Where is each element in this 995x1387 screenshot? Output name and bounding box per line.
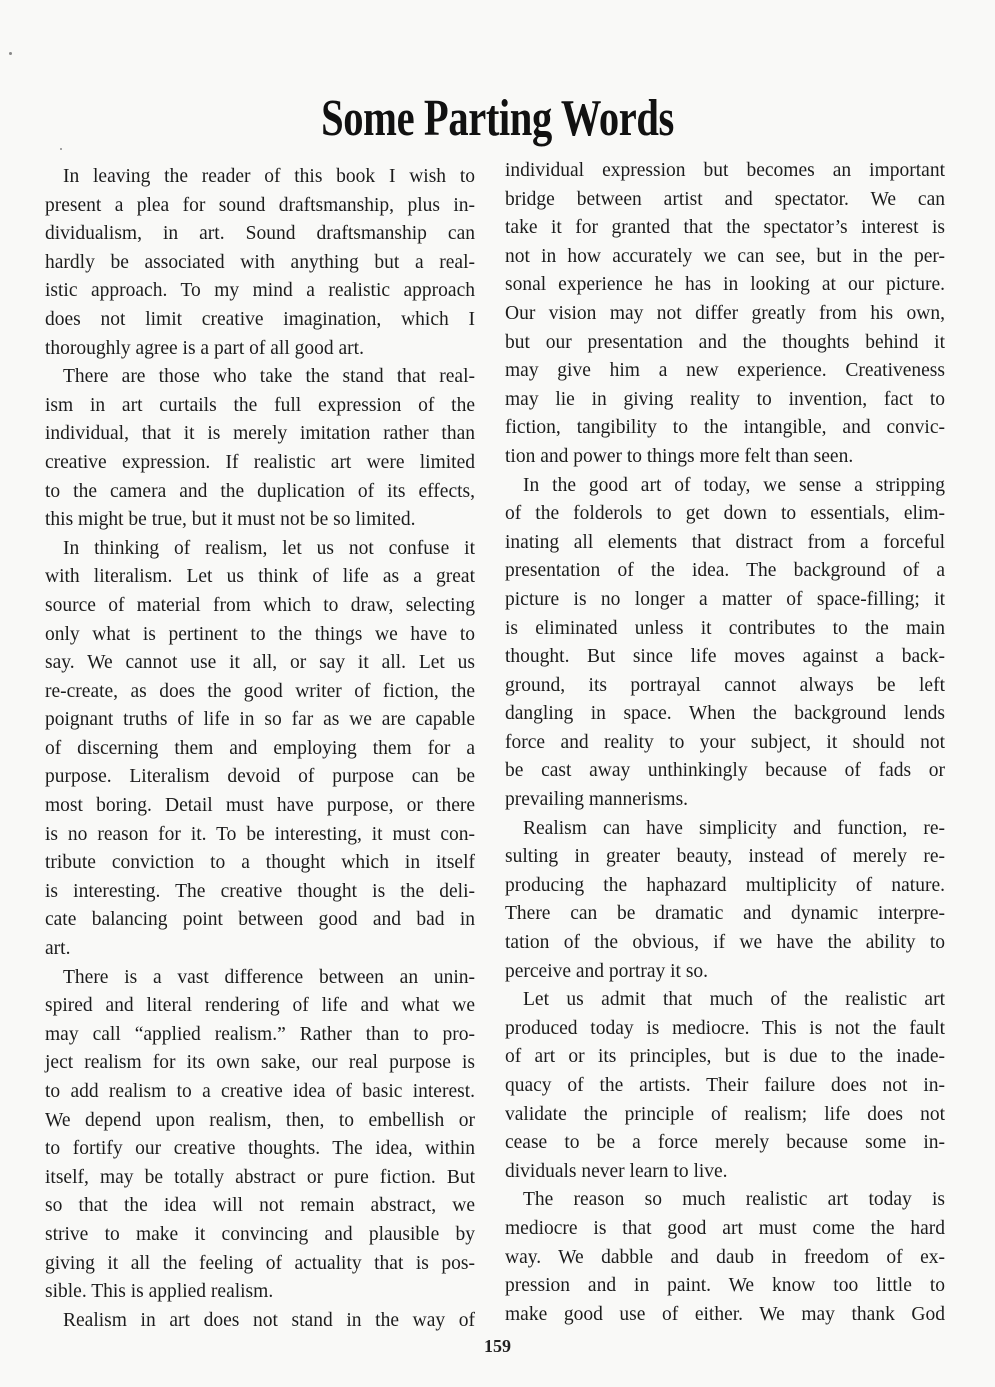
- text-line: validate the principle of realism; life …: [505, 1101, 945, 1130]
- text-line: take it for granted that the spectator’s…: [505, 214, 945, 243]
- text-line: individual expression but becomes an imp…: [505, 157, 945, 186]
- text-line: sible. This is applied realism.: [45, 1278, 475, 1307]
- text-line: individual, that it is merely imitation …: [45, 420, 475, 449]
- text-line: bridge between artist and spectator. We …: [505, 186, 945, 215]
- text-line: presentation of the idea. The background…: [505, 557, 945, 586]
- scan-speck: [9, 52, 12, 55]
- text-line: to the camera and the duplication of its…: [45, 478, 475, 507]
- text-line: dangling in space. When the background l…: [505, 700, 945, 729]
- text-line: produced today is mediocre. This is not …: [505, 1015, 945, 1044]
- text-line: make good use of either. We may thank Go…: [505, 1301, 945, 1330]
- text-line: There can be dramatic and dynamic interp…: [505, 900, 945, 929]
- text-line: is interesting. The creative thought is …: [45, 878, 475, 907]
- text-line: giving it all the feeling of actuality t…: [45, 1250, 475, 1279]
- text-line: ject realism for its own sake, our real …: [45, 1049, 475, 1078]
- text-line: of the folderols to get down to essentia…: [505, 500, 945, 529]
- text-line: dividuals never learn to live.: [505, 1158, 945, 1187]
- text-line: to add realism to a creative idea of bas…: [45, 1078, 475, 1107]
- text-line: may call “applied realism.” Rather than …: [45, 1021, 475, 1050]
- text-line: picture is no longer a matter of space-f…: [505, 586, 945, 615]
- text-line: may lie in giving reality to invention, …: [505, 386, 945, 415]
- text-line: ground, its portrayal cannot always be l…: [505, 672, 945, 701]
- text-line: tion and power to things more felt than …: [505, 443, 945, 472]
- text-line: mediocre is that good art must come the …: [505, 1215, 945, 1244]
- text-line: so that the idea will not remain abstrac…: [45, 1192, 475, 1221]
- page-number: 159: [0, 1336, 995, 1357]
- text-line: poignant truths of life in so far as we …: [45, 706, 475, 735]
- text-line: thoroughly agree is a part of all good a…: [45, 335, 475, 364]
- scan-speck: [60, 148, 62, 150]
- text-line: thought. But since life moves against a …: [505, 643, 945, 672]
- text-line: We depend upon realism, then, to embelli…: [45, 1107, 475, 1136]
- text-line: tribute conviction to a thought which in…: [45, 849, 475, 878]
- text-line: may give him a new experience. Creativen…: [505, 357, 945, 386]
- text-line: cease to be a force merely because some …: [505, 1129, 945, 1158]
- text-line: tation of the obvious, if we have the ab…: [505, 929, 945, 958]
- text-line: sonal experience he has in looking at ou…: [505, 271, 945, 300]
- text-line: with literalism. Let us think of life as…: [45, 563, 475, 592]
- text-line: is no reason for it. To be interesting, …: [45, 821, 475, 850]
- text-line: this might be true, but it must not be s…: [45, 506, 475, 535]
- text-line: producing the haphazard multiplicity of …: [505, 872, 945, 901]
- text-line: In the good art of today, we sense a str…: [505, 472, 945, 501]
- text-line: way. We dabble and daub in freedom of ex…: [505, 1244, 945, 1273]
- text-line: pression and in paint. We know too littl…: [505, 1272, 945, 1301]
- text-line: not in how accurately we can see, but in…: [505, 243, 945, 272]
- text-line: prevailing mannerisms.: [505, 786, 945, 815]
- text-line: of discerning them and employing them fo…: [45, 735, 475, 764]
- text-line: sulting in greater beauty, instead of me…: [505, 843, 945, 872]
- text-line: dividualism, in art. Sound draftsmanship…: [45, 220, 475, 249]
- text-line: strive to make it convincing and plausib…: [45, 1221, 475, 1250]
- text-column-right: individual expression but becomes an imp…: [505, 157, 945, 1329]
- text-line: Our vision may not differ greatly from h…: [505, 300, 945, 329]
- text-line: The reason so much realistic art today i…: [505, 1186, 945, 1215]
- text-line: itself, may be totally abstract or pure …: [45, 1164, 475, 1193]
- text-line: Realism in art does not stand in the way…: [45, 1307, 475, 1336]
- text-line: inating all elements that distract from …: [505, 529, 945, 558]
- text-line: In leaving the reader of this book I wis…: [45, 163, 475, 192]
- text-line: quacy of the artists. Their failure does…: [505, 1072, 945, 1101]
- text-line: re-create, as does the good writer of fi…: [45, 678, 475, 707]
- text-line: does not limit creative imagination, whi…: [45, 306, 475, 335]
- text-line: purpose. Literalism devoid of purpose ca…: [45, 763, 475, 792]
- text-line: only what is pertinent to the things we …: [45, 621, 475, 650]
- text-line: Let us admit that much of the realistic …: [505, 986, 945, 1015]
- text-line: fiction, tangibility to the intangible, …: [505, 414, 945, 443]
- text-line: of art or its principles, but is due to …: [505, 1043, 945, 1072]
- text-line: ism in art curtails the full expression …: [45, 392, 475, 421]
- text-line: istic approach. To my mind a realistic a…: [45, 277, 475, 306]
- text-line: cate balancing point between good and ba…: [45, 906, 475, 935]
- text-line: In thinking of realism, let us not confu…: [45, 535, 475, 564]
- text-line: is eliminated unless it contributes to t…: [505, 615, 945, 644]
- text-line: perceive and portray it so.: [505, 958, 945, 987]
- text-line: be cast away unthinkingly because of fad…: [505, 757, 945, 786]
- text-line: force and reality to your subject, it sh…: [505, 729, 945, 758]
- text-line: hardly be associated with anything but a…: [45, 249, 475, 278]
- text-line: There are those who take the stand that …: [45, 363, 475, 392]
- text-line: art.: [45, 935, 475, 964]
- text-line: Realism can have simplicity and function…: [505, 815, 945, 844]
- text-line: to fortify our creative thoughts. The id…: [45, 1135, 475, 1164]
- text-column-left: In leaving the reader of this book I wis…: [45, 163, 475, 1335]
- text-line: spired and literal rendering of life and…: [45, 992, 475, 1021]
- text-line: but our presentation and the thoughts be…: [505, 329, 945, 358]
- text-line: creative expression. If realistic art we…: [45, 449, 475, 478]
- text-line: There is a vast difference between an un…: [45, 964, 475, 993]
- text-line: source of material from which to draw, s…: [45, 592, 475, 621]
- text-line: most boring. Detail must have purpose, o…: [45, 792, 475, 821]
- page-title: Some Parting Words: [109, 87, 885, 151]
- book-page: Some Parting Words In leaving the reader…: [0, 0, 995, 1387]
- text-line: present a plea for sound draftsmanship, …: [45, 192, 475, 221]
- text-line: say. We cannot use it all, or say it all…: [45, 649, 475, 678]
